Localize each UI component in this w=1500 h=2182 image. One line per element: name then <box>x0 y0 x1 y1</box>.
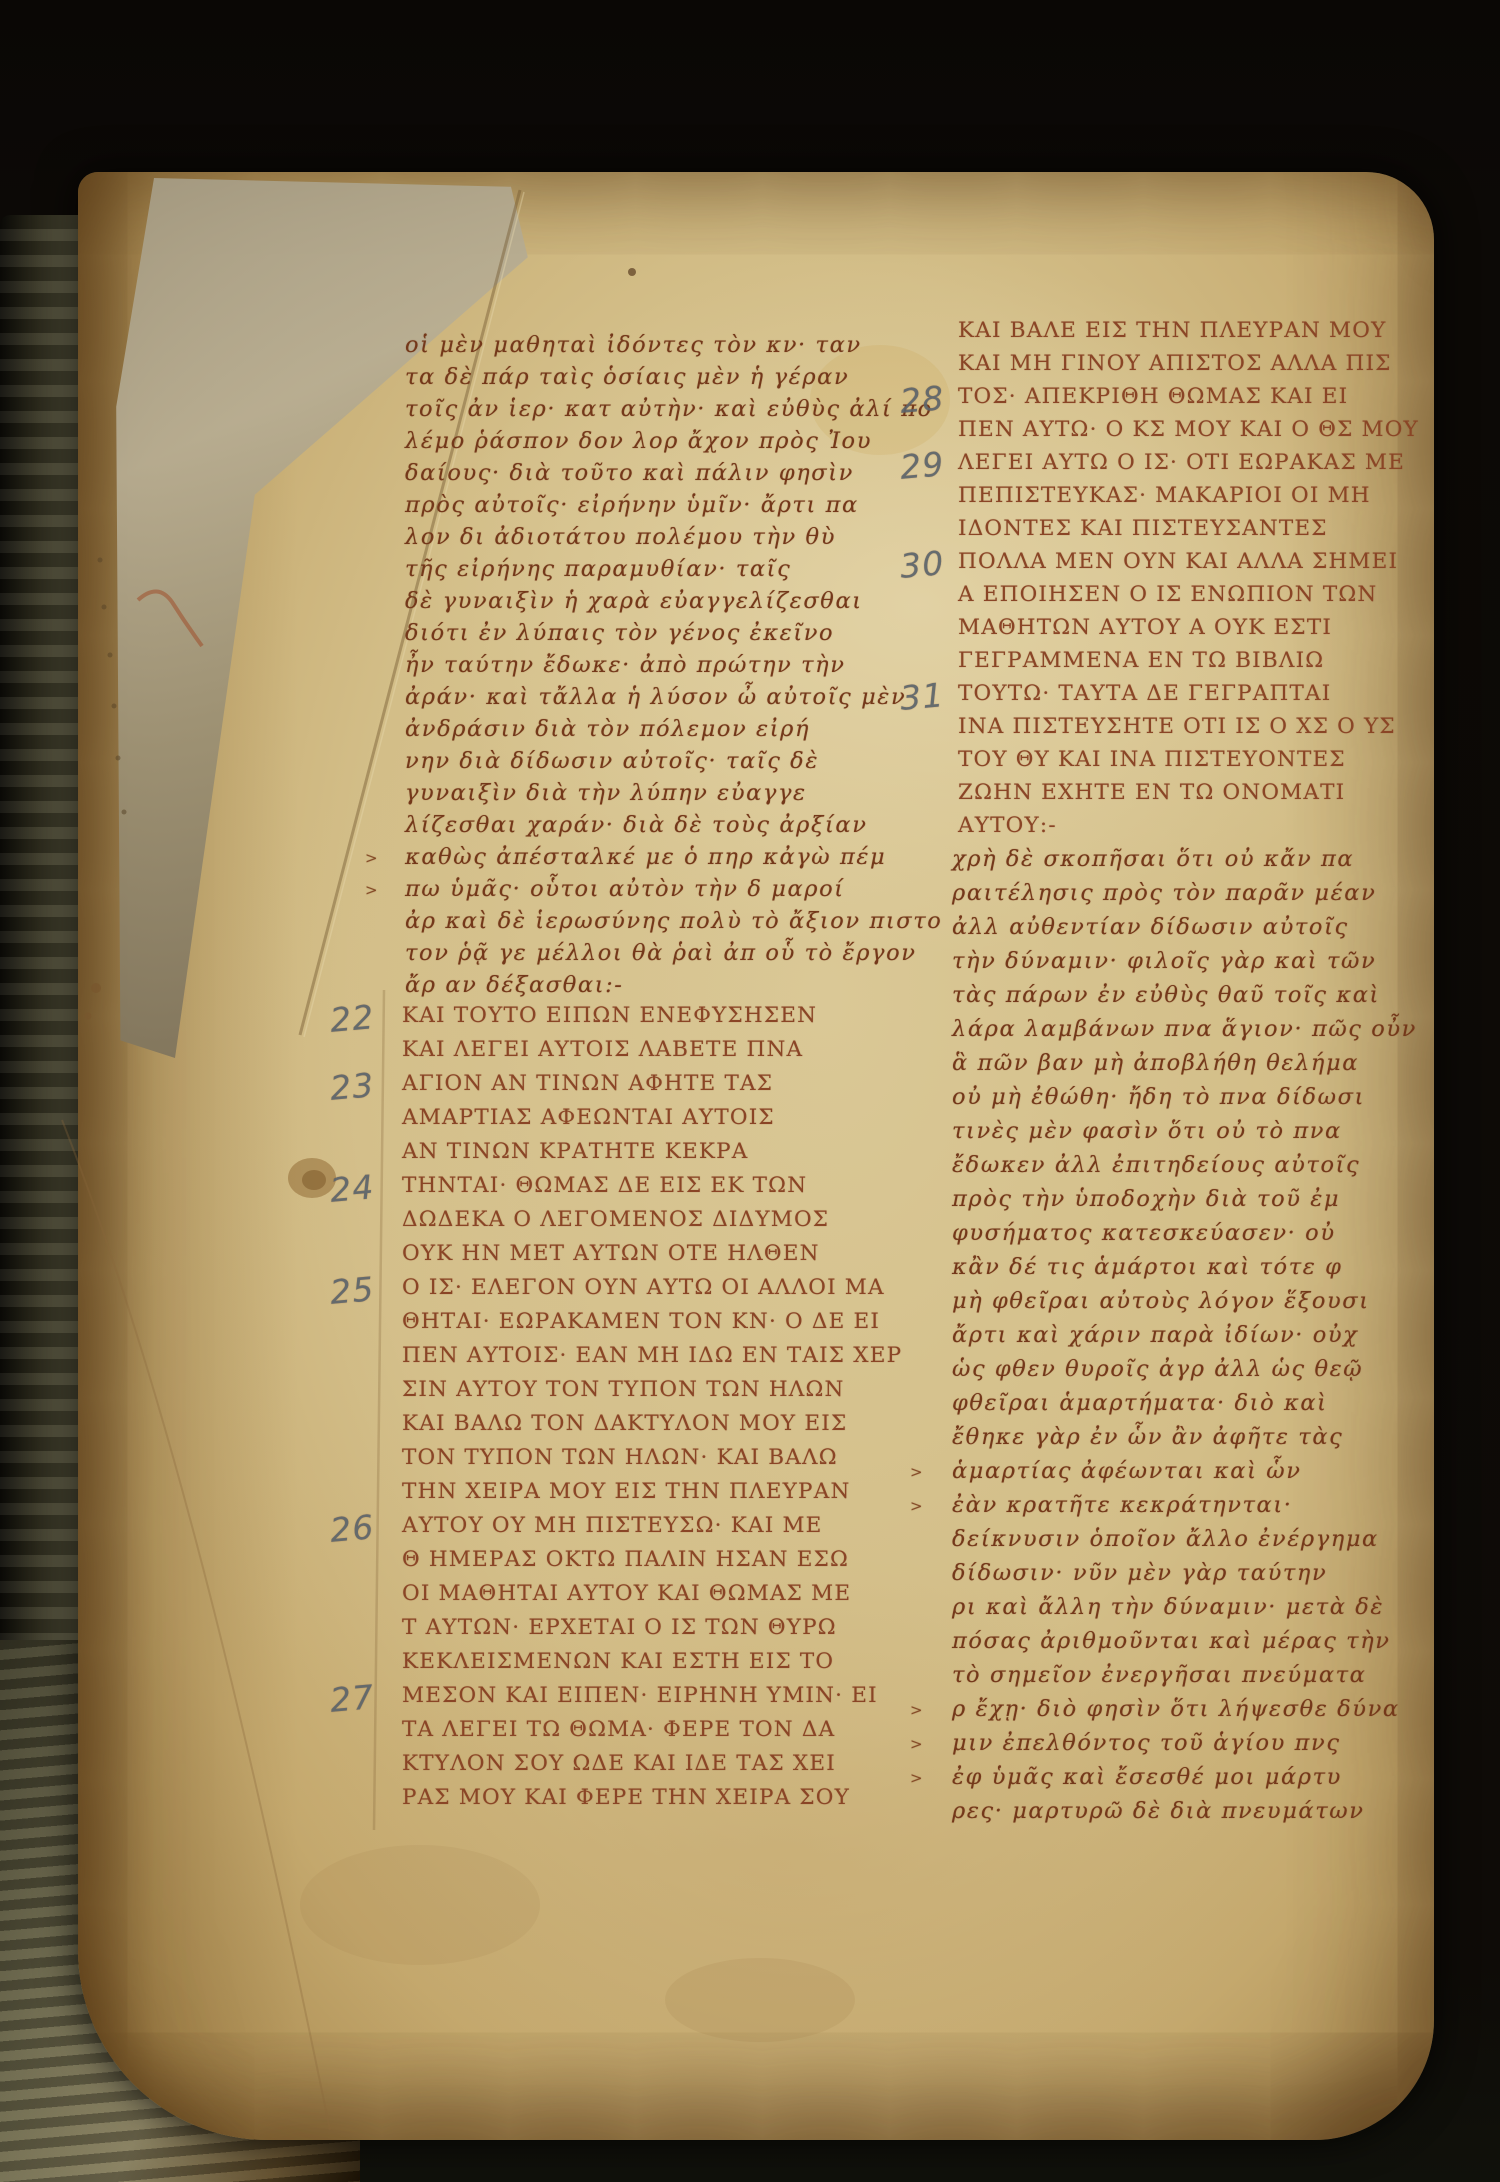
left-column-commentary: οἱ μὲν μαθηταὶ ἰδόντες τὸν κν· ταντα δὲ … <box>405 332 870 1004</box>
bible-line: ΚΑΙ ΒΑΛΕ ΕΙΣ ΤΗΝ ΠΛΕΥΡΑΝ ΜΟΥ <box>958 318 1408 351</box>
verse-number: 22 <box>328 997 376 1040</box>
commentary-line: οἱ μὲν μαθηταὶ ἰδόντες τὸν κν· ταν <box>405 332 870 364</box>
commentary-line: >μιν ἐπελθόντος τοῦ ἁγίου πνς <box>952 1730 1407 1764</box>
line-text: ΟΙ ΜΑΘΗΤΑΙ ΑΥΤΟΥ ΚΑΙ ΘΩΜΑΣ ΜΕ <box>402 1581 851 1606</box>
line-text: ΡΑΣ ΜΟΥ ΚΑΙ ΦΕΡΕ ΤΗΝ ΧΕΙΡΑ ΣΟΥ <box>402 1785 850 1810</box>
line-text: τὰς πάρων ἐν εὐθὺς θαῦ τοῖς καὶ <box>952 982 1380 1008</box>
verse-number: 25 <box>328 1269 376 1312</box>
commentary-line: πρὸς τὴν ὑποδοχὴν διὰ τοῦ ἐμ <box>952 1186 1407 1220</box>
line-text: ραιτέλησις πρὸς τὸν παρᾶν μέαν <box>952 880 1376 906</box>
commentary-line: οὐ μὴ ἐθώθη· ἤδη τὸ πνα δίδωσι <box>952 1084 1407 1118</box>
line-text: Α ΕΠΟΙΗΣΕΝ Ο ΙΣ ΕΝΩΠΙΟΝ ΤΩΝ <box>958 582 1377 607</box>
line-text: κἂν δέ τις ἁμάρτοι καὶ τότε φ <box>952 1254 1343 1280</box>
commentary-line: >ρ ἔχῃ· διὸ φησὶν ὅτι λήψεσθε δύνα <box>952 1696 1407 1730</box>
line-text: ΚΑΙ ΜΗ ΓΙΝΟΥ ΑΠΙΣΤΟΣ ΑΛΛΑ ΠΙΣ <box>958 351 1392 376</box>
line-text: ἐφ ὑμᾶς καὶ ἔσεσθέ μοι μάρτυ <box>952 1764 1342 1790</box>
line-text: ρες· μαρτυρῶ δὲ διὰ πνευμάτων <box>952 1798 1365 1824</box>
commentary-line: ἀράν· καὶ τἄλλα ἡ λύσον ὦ αὐτοῖς μὲν <box>405 684 870 716</box>
bible-line: ΤΟΥ ΘΥ ΚΑΙ ΙΝΑ ΠΙΣΤΕΥΟΝΤΕΣ <box>958 747 1408 780</box>
bible-line: 29ΛΕΓΕΙ ΑΥΤΩ Ο ΙΣ· ΟΤΙ ΕΩΡΑΚΑΣ ΜΕ <box>958 450 1408 483</box>
ink-spot <box>85 1013 92 1020</box>
ink-dot <box>628 268 636 276</box>
commentary-line: τα δὲ πάρ ταὶς ὁσίαις μὲν ἡ γέραν <box>405 364 870 396</box>
bible-line: ΔΩΔΕΚΑ Ο ΛΕΓΟΜΕΝΟΣ ΔΙΔΥΜΟΣ <box>402 1207 882 1241</box>
sewing-hole <box>122 810 127 815</box>
commentary-line: ἃ πῶν βαν μὴ ἀποβλήθη θελήμα <box>952 1050 1407 1084</box>
sewing-hole <box>98 558 103 563</box>
commentary-line: λέμο ῥάσπον δον λορ ἄχον πρὸς Ἰου <box>405 428 870 460</box>
lower-left-crease <box>62 1120 330 2130</box>
line-text: ΑΓΙΟΝ ΑΝ ΤΙΝΩΝ ΑΦΗΤΕ ΤΑΣ <box>402 1071 773 1096</box>
commentary-line: τὰς πάρων ἐν εὐθὺς θαῦ τοῖς καὶ <box>952 982 1407 1016</box>
line-text: ΖΩΗΝ ΕΧΗΤΕ ΕΝ ΤΩ ΟΝΟΜΑΤΙ <box>958 780 1345 805</box>
line-text: λον δι ἀδιοτάτου πολέμου τὴν θὺ <box>405 524 836 550</box>
bible-line: 31ΤΟΥΤΩ· ΤΑΥΤΑ ΔΕ ΓΕΓΡΑΠΤΑΙ <box>958 681 1408 714</box>
commentary-line: νην διὰ δίδωσιν αὐτοῖς· ταῖς δὲ <box>405 748 870 780</box>
line-text: ἦν ταύτην ἔδωκε· ἀπὸ πρώτην τὴν <box>405 652 846 678</box>
diple-quote-mark: > <box>910 1701 924 1719</box>
commentary-line: ἀρ καὶ δὲ ἱερωσύνης πολὺ τὸ ἄξιον πιστο <box>405 908 870 940</box>
commentary-line: τον ῥᾷ γε μέλλοι θὰ ῥαὶ ἀπ οὗ τὸ ἔργον <box>405 940 870 972</box>
line-text: ἔθηκε γὰρ ἐν ὧν ἂν ἀφῆτε τὰς <box>952 1424 1343 1450</box>
commentary-line: κἂν δέ τις ἁμάρτοι καὶ τότε φ <box>952 1254 1407 1288</box>
bible-line: Θ ΗΜΕΡΑΣ ΟΚΤΩ ΠΑΛΙΝ ΗΣΑΝ ΕΣΩ <box>402 1547 882 1581</box>
line-text: οὐ μὴ ἐθώθη· ἤδη τὸ πνα δίδωσι <box>952 1084 1365 1110</box>
line-text: πω ὑμᾶς· οὗτοι αὐτὸν τὴν δ μαροί <box>405 876 845 902</box>
diple-quote-mark: > <box>910 1769 924 1787</box>
line-text: ΤΟΣ· ΑΠΕΚΡΙΘΗ ΘΩΜΑΣ ΚΑΙ ΕΙ <box>958 384 1348 409</box>
line-text: λάρα λαμβάνων πνα ἅγιον· πῶς οὖν <box>952 1016 1417 1042</box>
ink-spot <box>91 983 101 993</box>
left-column-bible-text: 22ΚΑΙ ΤΟΥΤΟ ΕΙΠΩΝ ΕΝΕΦΥΣΗΣΕΝΚΑΙ ΛΕΓΕΙ ΑΥ… <box>402 1003 882 1819</box>
line-text: ΤΟΥ ΘΥ ΚΑΙ ΙΝΑ ΠΙΣΤΕΥΟΝΤΕΣ <box>958 747 1346 772</box>
line-text: ΓΕΓΡΑΜΜΕΝΑ ΕΝ ΤΩ ΒΙΒΛΙΩ <box>958 648 1324 673</box>
line-text: πρὸς αὐτοῖς· εἰρήνην ὑμῖν· ἄρτι πα <box>405 492 859 518</box>
bible-line: ΤΗΝ ΧΕΙΡΑ ΜΟΥ ΕΙΣ ΤΗΝ ΠΛΕΥΡΑΝ <box>402 1479 882 1513</box>
line-text: ἄρτι καὶ χάριν παρὰ ἰδίων· οὐχ <box>952 1322 1358 1348</box>
commentary-line: χρὴ δὲ σκοπῆσαι ὅτι οὐ κἄν πα <box>952 846 1407 880</box>
commentary-line: >ἐφ ὑμᾶς καὶ ἔσεσθέ μοι μάρτυ <box>952 1764 1407 1798</box>
line-text: ΚΑΙ ΒΑΛΕ ΕΙΣ ΤΗΝ ΠΛΕΥΡΑΝ ΜΟΥ <box>958 318 1387 343</box>
bible-line: 28ΤΟΣ· ΑΠΕΚΡΙΘΗ ΘΩΜΑΣ ΚΑΙ ΕΙ <box>958 384 1408 417</box>
line-text: λίζεσθαι χαράν· διὰ δὲ τοὺς ἀρξίαν <box>405 812 867 838</box>
line-text: ἀνδράσιν διὰ τὸν πόλεμον εἰρή <box>405 716 810 742</box>
bible-line: 27ΜΕΣΟΝ ΚΑΙ ΕΙΠΕΝ· ΕΙΡΗΝΗ ΥΜΙΝ· ΕΙ <box>402 1683 882 1717</box>
sewing-hole <box>112 704 117 709</box>
bible-line: ΓΕΓΡΑΜΜΕΝΑ ΕΝ ΤΩ ΒΙΒΛΙΩ <box>958 648 1408 681</box>
commentary-line: λον δι ἀδιοτάτου πολέμου τὴν θὺ <box>405 524 870 556</box>
line-text: ΣΙΝ ΑΥΤΟΥ ΤΟΝ ΤΥΠΟΝ ΤΩΝ ΗΛΩΝ <box>402 1377 845 1402</box>
line-text: καθὼς ἀπέσταλκέ με ὁ πηρ κἀγὼ πέμ <box>405 844 886 870</box>
diple-quote-mark: > <box>910 1463 924 1481</box>
sewing-hole <box>102 605 107 610</box>
bible-line: ΟΙ ΜΑΘΗΤΑΙ ΑΥΤΟΥ ΚΑΙ ΘΩΜΑΣ ΜΕ <box>402 1581 882 1615</box>
line-text: ΠΕΝ ΑΥΤΟΙΣ· ΕΑΝ ΜΗ ΙΔΩ ΕΝ ΤΑΙΣ ΧΕΡ <box>402 1343 902 1368</box>
commentary-line: τὴν δύναμιν· φιλοῖς γὰρ καὶ τῶν <box>952 948 1407 982</box>
verse-number: 30 <box>898 543 946 586</box>
bible-line: ΙΔΟΝΤΕΣ ΚΑΙ ΠΙΣΤΕΥΣΑΝΤΕΣ <box>958 516 1408 549</box>
bible-line: ΑΜΑΡΤΙΑΣ ΑΦΕΩΝΤΑΙ ΑΥΤΟΙΣ <box>402 1105 882 1139</box>
line-text: τινὲς μὲν φασὶν ὅτι οὐ τὸ πνα <box>952 1118 1342 1144</box>
commentary-line: τῆς εἰρήνης παραμυθίαν· ταῖς <box>405 556 870 588</box>
verse-number: 24 <box>328 1167 376 1210</box>
line-text: τα δὲ πάρ ταὶς ὁσίαις μὲν ἡ γέραν <box>405 364 849 390</box>
line-text: ΛΕΓΕΙ ΑΥΤΩ Ο ΙΣ· ΟΤΙ ΕΩΡΑΚΑΣ ΜΕ <box>958 450 1405 475</box>
line-text: ΤΗΝΤΑΙ· ΘΩΜΑΣ ΔΕ ΕΙΣ ΕΚ ΤΩΝ <box>402 1173 807 1198</box>
line-text: ρ ἔχῃ· διὸ φησὶν ὅτι λήψεσθε δύνα <box>952 1696 1400 1722</box>
commentary-line: δαίους· διὰ τοῦτο καὶ πάλιν φησὶν <box>405 460 870 492</box>
line-text: ΤΗΝ ΧΕΙΡΑ ΜΟΥ ΕΙΣ ΤΗΝ ΠΛΕΥΡΑΝ <box>402 1479 850 1504</box>
line-text: χρὴ δὲ σκοπῆσαι ὅτι οὐ κἄν πα <box>952 846 1354 872</box>
sewing-hole <box>116 756 121 761</box>
line-text: ΔΩΔΕΚΑ Ο ΛΕΓΟΜΕΝΟΣ ΔΙΔΥΜΟΣ <box>402 1207 829 1232</box>
rust-ink-squiggle <box>138 591 202 646</box>
commentary-line: ἔθηκε γὰρ ἐν ὧν ἂν ἀφῆτε τὰς <box>952 1424 1407 1458</box>
commentary-line: γυναιξὶν διὰ τὴν λύπην εὐαγγε <box>405 780 870 812</box>
right-column-commentary: χρὴ δὲ σκοπῆσαι ὅτι οὐ κἄν παραιτέλησις … <box>952 846 1407 1832</box>
line-text: ΙΝΑ ΠΙΣΤΕΥΣΗΤΕ ΟΤΙ ΙΣ Ο ΧΣ Ο ΥΣ <box>958 714 1396 739</box>
bible-line: ΚΤΥΛΟΝ ΣΟΥ ΩΔΕ ΚΑΙ ΙΔΕ ΤΑΣ ΧΕΙ <box>402 1751 882 1785</box>
brown-stain-core <box>302 1170 326 1190</box>
manuscript-photo: οἱ μὲν μαθηταὶ ἰδόντες τὸν κν· ταντα δὲ … <box>0 0 1500 2182</box>
right-column-bible-text: ΚΑΙ ΒΑΛΕ ΕΙΣ ΤΗΝ ΠΛΕΥΡΑΝ ΜΟΥΚΑΙ ΜΗ ΓΙΝΟΥ… <box>958 318 1408 846</box>
line-text: ΚΤΥΛΟΝ ΣΟΥ ΩΔΕ ΚΑΙ ΙΔΕ ΤΑΣ ΧΕΙ <box>402 1751 836 1776</box>
diple-quote-mark: > <box>910 1735 924 1753</box>
line-text: ΜΑΘΗΤΩΝ ΑΥΤΟΥ Α ΟΥΚ ΕΣΤΙ <box>958 615 1332 640</box>
line-text: πόσας ἀριθμοῦνται καὶ μέρας τὴν <box>952 1628 1391 1654</box>
line-text: δαίους· διὰ τοῦτο καὶ πάλιν φησὶν <box>405 460 854 486</box>
verse-number: 27 <box>328 1677 376 1720</box>
line-text: ἀλλ αὐθεντίαν δίδωσιν αὐτοῖς <box>952 914 1349 940</box>
sewing-hole <box>108 653 113 658</box>
line-text: ΠΟΛΛΑ ΜΕΝ ΟΥΝ ΚΑΙ ΑΛΛΑ ΣΗΜΕΙ <box>958 549 1398 574</box>
bible-line: ΡΑΣ ΜΟΥ ΚΑΙ ΦΕΡΕ ΤΗΝ ΧΕΙΡΑ ΣΟΥ <box>402 1785 882 1819</box>
commentary-line: ἔδωκεν ἀλλ ἐπιτηδείους αὐτοῖς <box>952 1152 1407 1186</box>
bible-line: ΤΟΝ ΤΥΠΟΝ ΤΩΝ ΗΛΩΝ· ΚΑΙ ΒΑΛΩ <box>402 1445 882 1479</box>
commentary-line: διότι ἐν λύπαις τὸν γένος ἐκεῖνο <box>405 620 870 652</box>
commentary-line: ἦν ταύτην ἔδωκε· ἀπὸ πρώτην τὴν <box>405 652 870 684</box>
faint-lower-stain <box>665 1958 855 2042</box>
line-text: λέμο ῥάσπον δον λορ ἄχον πρὸς Ἰου <box>405 428 872 454</box>
line-text: ΤΟΥΤΩ· ΤΑΥΤΑ ΔΕ ΓΕΓΡΑΠΤΑΙ <box>958 681 1331 706</box>
line-text: ΠΕΠΙΣΤΕΥΚΑΣ· ΜΑΚΑΡΙΟΙ ΟΙ ΜΗ <box>958 483 1371 508</box>
commentary-line: φυσήματος κατεσκεύασεν· οὐ <box>952 1220 1407 1254</box>
line-text: ἐὰν κρατῆτε κεκράτηνται· <box>952 1492 1293 1518</box>
line-text: Ο ΙΣ· ΕΛΕΓΟΝ ΟΥΝ ΑΥΤΩ ΟΙ ΑΛΛΟΙ ΜΑ <box>402 1275 885 1300</box>
verse-number: 26 <box>328 1507 376 1550</box>
line-text: ἄρ αν δέξασθαι:- <box>405 972 624 998</box>
line-text: ἁμαρτίας ἀφέωνται καὶ ὧν <box>952 1458 1301 1484</box>
commentary-line: ὡς φθεν θυροῖς ἀγρ ἀλλ ὡς θεῷ <box>952 1356 1407 1390</box>
commentary-line: ραιτέλησις πρὸς τὸν παρᾶν μέαν <box>952 880 1407 914</box>
commentary-line: τὸ σημεῖον ἐνεργῆσαι πνεύματα <box>952 1662 1407 1696</box>
line-text: δὲ γυναιξὶν ἡ χαρὰ εὐαγγελίζεσθαι <box>405 588 863 614</box>
line-text: Τ ΑΥΤΩΝ· ΕΡΧΕΤΑΙ Ο ΙΣ ΤΩΝ ΘΥΡΩ <box>402 1615 837 1640</box>
line-text: μὴ φθεῖραι αὐτοὺς λόγον ἕξουσι <box>952 1288 1370 1314</box>
bible-line: ΣΙΝ ΑΥΤΟΥ ΤΟΝ ΤΥΠΟΝ ΤΩΝ ΗΛΩΝ <box>402 1377 882 1411</box>
line-text: Θ ΗΜΕΡΑΣ ΟΚΤΩ ΠΑΛΙΝ ΗΣΑΝ ΕΣΩ <box>402 1547 849 1572</box>
commentary-line: δὲ γυναιξὶν ἡ χαρὰ εὐαγγελίζεσθαι <box>405 588 870 620</box>
line-text: ΚΑΙ ΛΕΓΕΙ ΑΥΤΟΙΣ ΛΑΒΕΤΕ ΠΝΑ <box>402 1037 803 1062</box>
verse-number: 23 <box>328 1065 376 1108</box>
bible-line: ΜΑΘΗΤΩΝ ΑΥΤΟΥ Α ΟΥΚ ΕΣΤΙ <box>958 615 1408 648</box>
verse-number: 31 <box>898 675 946 718</box>
line-text: τῆς εἰρήνης παραμυθίαν· ταῖς <box>405 556 791 582</box>
commentary-line: τοῖς ἀν ἱερ· κατ αὐτὴν· καὶ εὐθὺς ἀλί πο <box>405 396 870 428</box>
commentary-line: πρὸς αὐτοῖς· εἰρήνην ὑμῖν· ἄρτι πα <box>405 492 870 524</box>
bible-line: Τ ΑΥΤΩΝ· ΕΡΧΕΤΑΙ Ο ΙΣ ΤΩΝ ΘΥΡΩ <box>402 1615 882 1649</box>
bible-line: ΘΗΤΑΙ· ΕΩΡΑΚΑΜΕΝ ΤΟΝ ΚΝ· Ο ΔΕ ΕΙ <box>402 1309 882 1343</box>
line-text: ὡς φθεν θυροῖς ἀγρ ἀλλ ὡς θεῷ <box>952 1356 1363 1382</box>
line-text: φυσήματος κατεσκεύασεν· οὐ <box>952 1220 1336 1246</box>
bible-line: 25Ο ΙΣ· ΕΛΕΓΟΝ ΟΥΝ ΑΥΤΩ ΟΙ ΑΛΛΟΙ ΜΑ <box>402 1275 882 1309</box>
diple-quote-mark: > <box>365 881 379 899</box>
commentary-line: λίζεσθαι χαράν· διὰ δὲ τοὺς ἀρξίαν <box>405 812 870 844</box>
bible-line: 30ΠΟΛΛΑ ΜΕΝ ΟΥΝ ΚΑΙ ΑΛΛΑ ΣΗΜΕΙ <box>958 549 1408 582</box>
commentary-line: ἄρ αν δέξασθαι:- <box>405 972 870 1004</box>
line-text: ΑΝ ΤΙΝΩΝ ΚΡΑΤΗΤΕ ΚΕΚΡΑ <box>402 1139 749 1164</box>
line-text: ΑΥΤΟΥ:- <box>958 813 1057 838</box>
commentary-line: τινὲς μὲν φασὶν ὅτι οὐ τὸ πνα <box>952 1118 1407 1152</box>
line-text: ΠΕΝ ΑΥΤΩ· Ο ΚΣ ΜΟΥ ΚΑΙ Ο ΘΣ ΜΟΥ <box>958 417 1419 442</box>
bible-line: 22ΚΑΙ ΤΟΥΤΟ ΕΙΠΩΝ ΕΝΕΦΥΣΗΣΕΝ <box>402 1003 882 1037</box>
line-text: ἃ πῶν βαν μὴ ἀποβλήθη θελήμα <box>952 1050 1359 1076</box>
commentary-line: >ἁμαρτίας ἀφέωνται καὶ ὧν <box>952 1458 1407 1492</box>
bible-line: ΤΑ ΛΕΓΕΙ ΤΩ ΘΩΜΑ· ΦΕΡΕ ΤΟΝ ΔΑ <box>402 1717 882 1751</box>
bible-line: ΑΥΤΟΥ:- <box>958 813 1408 846</box>
bible-line: ΟΥΚ ΗΝ ΜΕΤ ΑΥΤΩΝ ΟΤΕ ΗΛΘΕΝ <box>402 1241 882 1275</box>
bible-line: ΚΑΙ ΜΗ ΓΙΝΟΥ ΑΠΙΣΤΟΣ ΑΛΛΑ ΠΙΣ <box>958 351 1408 384</box>
faint-lower-stain <box>300 1845 540 1965</box>
commentary-line: δείκνυσιν ὁποῖον ἄλλο ἐνέργημα <box>952 1526 1407 1560</box>
verse-number: 29 <box>898 444 946 487</box>
diple-quote-mark: > <box>910 1497 924 1515</box>
diple-quote-mark: > <box>365 849 379 867</box>
line-text: διότι ἐν λύπαις τὸν γένος ἐκεῖνο <box>405 620 834 646</box>
bible-line: ΠΕΝ ΑΥΤΟΙΣ· ΕΑΝ ΜΗ ΙΔΩ ΕΝ ΤΑΙΣ ΧΕΡ <box>402 1343 882 1377</box>
bible-line: 24ΤΗΝΤΑΙ· ΘΩΜΑΣ ΔΕ ΕΙΣ ΕΚ ΤΩΝ <box>402 1173 882 1207</box>
commentary-line: ἄρτι καὶ χάριν παρὰ ἰδίων· οὐχ <box>952 1322 1407 1356</box>
line-text: ΘΗΤΑΙ· ΕΩΡΑΚΑΜΕΝ ΤΟΝ ΚΝ· Ο ΔΕ ΕΙ <box>402 1309 880 1334</box>
line-text: μιν ἐπελθόντος τοῦ ἁγίου πνς <box>952 1730 1341 1756</box>
commentary-line: πόσας ἀριθμοῦνται καὶ μέρας τὴν <box>952 1628 1407 1662</box>
line-text: ΟΥΚ ΗΝ ΜΕΤ ΑΥΤΩΝ ΟΤΕ ΗΛΘΕΝ <box>402 1241 820 1266</box>
line-text: τὴν δύναμιν· φιλοῖς γὰρ καὶ τῶν <box>952 948 1376 974</box>
line-text: πρὸς τὴν ὑποδοχὴν διὰ τοῦ ἐμ <box>952 1186 1340 1212</box>
line-text: οἱ μὲν μαθηταὶ ἰδόντες τὸν κν· ταν <box>405 332 862 358</box>
commentary-line: λάρα λαμβάνων πνα ἅγιον· πῶς οὖν <box>952 1016 1407 1050</box>
bible-line: ΖΩΗΝ ΕΧΗΤΕ ΕΝ ΤΩ ΟΝΟΜΑΤΙ <box>958 780 1408 813</box>
line-text: γυναιξὶν διὰ τὴν λύπην εὐαγγε <box>405 780 807 806</box>
bible-line: Α ΕΠΟΙΗΣΕΝ Ο ΙΣ ΕΝΩΠΙΟΝ ΤΩΝ <box>958 582 1408 615</box>
vertical-fold-crease <box>374 990 384 1830</box>
line-text: νην διὰ δίδωσιν αὐτοῖς· ταῖς δὲ <box>405 748 819 774</box>
bible-line: ΚΑΙ ΒΑΛΩ ΤΟΝ ΔΑΚΤΥΛΟΝ ΜΟΥ ΕΙΣ <box>402 1411 882 1445</box>
bible-line: 26ΑΥΤΟΥ ΟΥ ΜΗ ΠΙΣΤΕΥΣΩ· ΚΑΙ ΜΕ <box>402 1513 882 1547</box>
commentary-line: >πω ὑμᾶς· οὗτοι αὐτὸν τὴν δ μαροί <box>405 876 870 908</box>
bible-line: ΚΑΙ ΛΕΓΕΙ ΑΥΤΟΙΣ ΛΑΒΕΤΕ ΠΝΑ <box>402 1037 882 1071</box>
commentary-line: ἀλλ αὐθεντίαν δίδωσιν αὐτοῖς <box>952 914 1407 948</box>
bible-line: 23ΑΓΙΟΝ ΑΝ ΤΙΝΩΝ ΑΦΗΤΕ ΤΑΣ <box>402 1071 882 1105</box>
line-text: ΑΥΤΟΥ ΟΥ ΜΗ ΠΙΣΤΕΥΣΩ· ΚΑΙ ΜΕ <box>402 1513 823 1538</box>
commentary-line: ρι καὶ ἄλλη τὴν δύναμιν· μετὰ δὲ <box>952 1594 1407 1628</box>
commentary-line: ἀνδράσιν διὰ τὸν πόλεμον εἰρή <box>405 716 870 748</box>
line-text: ἀρ καὶ δὲ ἱερωσύνης πολὺ τὸ ἄξιον πιστο <box>405 908 942 934</box>
commentary-line: δίδωσιν· νῦν μὲν γὰρ ταύτην <box>952 1560 1407 1594</box>
commentary-line: >ἐὰν κρατῆτε κεκράτηνται· <box>952 1492 1407 1526</box>
bible-line: ΠΕΠΙΣΤΕΥΚΑΣ· ΜΑΚΑΡΙΟΙ ΟΙ ΜΗ <box>958 483 1408 516</box>
line-text: ἔδωκεν ἀλλ ἐπιτηδείους αὐτοῖς <box>952 1152 1360 1178</box>
line-text: ΙΔΟΝΤΕΣ ΚΑΙ ΠΙΣΤΕΥΣΑΝΤΕΣ <box>958 516 1328 541</box>
line-text: τὸ σημεῖον ἐνεργῆσαι πνεύματα <box>952 1662 1366 1688</box>
line-text: ΜΕΣΟΝ ΚΑΙ ΕΙΠΕΝ· ΕΙΡΗΝΗ ΥΜΙΝ· ΕΙ <box>402 1683 878 1708</box>
bible-line: ΠΕΝ ΑΥΤΩ· Ο ΚΣ ΜΟΥ ΚΑΙ Ο ΘΣ ΜΟΥ <box>958 417 1408 450</box>
bible-line: ΑΝ ΤΙΝΩΝ ΚΡΑΤΗΤΕ ΚΕΚΡΑ <box>402 1139 882 1173</box>
line-text: δείκνυσιν ὁποῖον ἄλλο ἐνέργημα <box>952 1526 1379 1552</box>
verse-number: 28 <box>898 378 946 421</box>
line-text: ἀράν· καὶ τἄλλα ἡ λύσον ὦ αὐτοῖς μὲν <box>405 684 906 710</box>
commentary-line: φθεῖραι ἁμαρτήματα· διὸ καὶ <box>952 1390 1407 1424</box>
line-text: ΤΑ ΛΕΓΕΙ ΤΩ ΘΩΜΑ· ΦΕΡΕ ΤΟΝ ΔΑ <box>402 1717 835 1742</box>
bible-line: ΚΕΚΛΕΙΣΜΕΝΩΝ ΚΑΙ ΕΣΤΗ ΕΙΣ ΤΟ <box>402 1649 882 1683</box>
bible-line: ΙΝΑ ΠΙΣΤΕΥΣΗΤΕ ΟΤΙ ΙΣ Ο ΧΣ Ο ΥΣ <box>958 714 1408 747</box>
line-text: τον ῥᾷ γε μέλλοι θὰ ῥαὶ ἀπ οὗ τὸ ἔργον <box>405 940 917 966</box>
commentary-line: μὴ φθεῖραι αὐτοὺς λόγον ἕξουσι <box>952 1288 1407 1322</box>
line-text: τοῖς ἀν ἱερ· κατ αὐτὴν· καὶ εὐθὺς ἀλί πο <box>405 396 933 422</box>
line-text: ρι καὶ ἄλλη τὴν δύναμιν· μετὰ δὲ <box>952 1594 1384 1620</box>
line-text: ΚΑΙ ΒΑΛΩ ΤΟΝ ΔΑΚΤΥΛΟΝ ΜΟΥ ΕΙΣ <box>402 1411 847 1436</box>
line-text: δίδωσιν· νῦν μὲν γὰρ ταύτην <box>952 1560 1327 1586</box>
line-text: ΚΑΙ ΤΟΥΤΟ ΕΙΠΩΝ ΕΝΕΦΥΣΗΣΕΝ <box>402 1003 817 1028</box>
line-text: ΤΟΝ ΤΥΠΟΝ ΤΩΝ ΗΛΩΝ· ΚΑΙ ΒΑΛΩ <box>402 1445 838 1470</box>
commentary-line: ρες· μαρτυρῶ δὲ διὰ πνευμάτων <box>952 1798 1407 1832</box>
line-text: φθεῖραι ἁμαρτήματα· διὸ καὶ <box>952 1390 1328 1416</box>
commentary-line: >καθὼς ἀπέσταλκέ με ὁ πηρ κἀγὼ πέμ <box>405 844 870 876</box>
line-text: ΚΕΚΛΕΙΣΜΕΝΩΝ ΚΑΙ ΕΣΤΗ ΕΙΣ ΤΟ <box>402 1649 834 1674</box>
line-text: ΑΜΑΡΤΙΑΣ ΑΦΕΩΝΤΑΙ ΑΥΤΟΙΣ <box>402 1105 775 1130</box>
